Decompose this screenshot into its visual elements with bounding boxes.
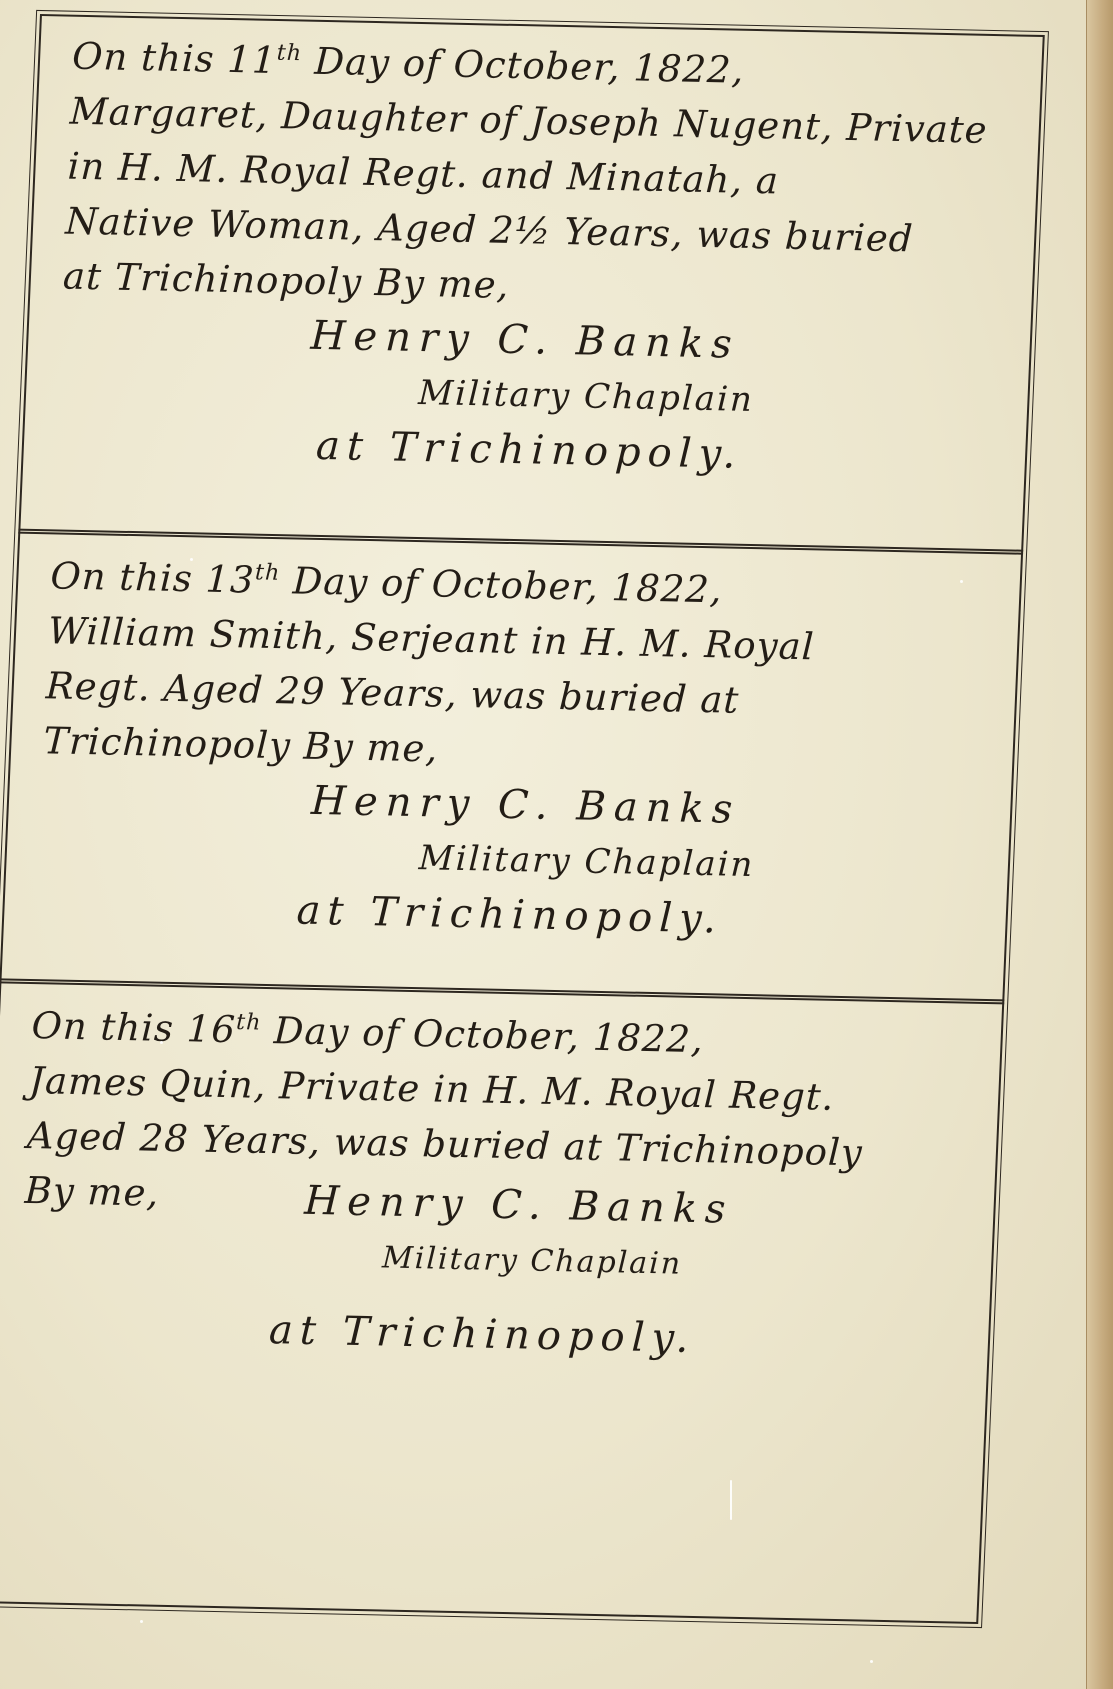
burial-entry-3: On this 16th Day of October, 1822, James… xyxy=(0,983,1004,1624)
register-page: On this 11th Day of October, 1822, Marga… xyxy=(0,0,1090,1689)
burial-entry-1: On this 11th Day of October, 1822, Marga… xyxy=(18,14,1045,555)
day-suffix: th xyxy=(255,559,281,586)
day-number: 13 xyxy=(205,558,256,602)
date-suffix: Day of October, 1822, xyxy=(273,1009,705,1061)
signature-block: Henry C. Banks Military Chaplain at Tric… xyxy=(36,768,994,953)
date-prefix: On this xyxy=(31,1004,175,1050)
signature-block: Henry C. Banks Military Chaplain at Tric… xyxy=(55,304,1013,489)
day-suffix: th xyxy=(236,1009,262,1036)
ruled-frame: On this 11th Day of October, 1822, Marga… xyxy=(0,14,1045,1624)
glare-speck xyxy=(140,1620,143,1623)
burial-entry-2: On this 13th Day of October, 1822, Willi… xyxy=(0,534,1023,1005)
glare-speck xyxy=(160,1041,163,1044)
book-spine-edge xyxy=(1086,0,1113,1689)
date-suffix: Day of October, 1822, xyxy=(314,40,746,92)
glare-speck xyxy=(870,1660,873,1663)
signature-block: Henry C. Banks Military Chaplain at Tric… xyxy=(18,1168,977,1373)
day-suffix: th xyxy=(276,40,302,67)
day-number: 11 xyxy=(227,38,278,82)
day-number: 16 xyxy=(186,1007,237,1051)
glare-speck xyxy=(190,558,193,561)
glare-streak xyxy=(730,1480,732,1520)
glare-speck xyxy=(960,580,963,583)
date-suffix: Day of October, 1822, xyxy=(292,559,724,611)
date-prefix: On this xyxy=(71,35,215,81)
date-prefix: On this xyxy=(50,554,194,600)
signature-place: at Trichinopoly. xyxy=(18,1298,971,1373)
